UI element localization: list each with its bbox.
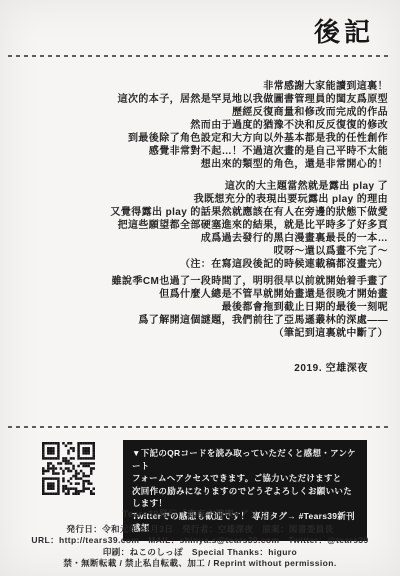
text-line: 最後都會拖到截止日期的最後一刻呢 xyxy=(12,301,388,314)
text-line: 成爲過去發行的黑白漫畫裏最長的一本… xyxy=(12,232,388,245)
text-line: 非常感謝大家能讀到這裏！ xyxy=(12,80,388,93)
text-line: 歷經反復商量和修改而完成的作品 xyxy=(12,106,388,119)
text-line: 又覺得露出 play 的話果然就應該在有人在旁邊的狀態下做愛 xyxy=(12,206,388,219)
text-line: 想出來的類型的角色，還是非常開心的！ xyxy=(12,158,388,171)
afterword-body: 非常感謝大家能讀到這裏！ 這次的本子，居然是罕見地以我做圖書管理員的閨友爲原型 … xyxy=(12,80,388,375)
text-line: 感覺非常對不起…！不過這次畫的是自己平時不太能 xyxy=(12,145,388,158)
text-line: 我既想充分的表現出要玩露出 play 的理由 xyxy=(12,193,388,206)
page-title: 後記 xyxy=(314,12,374,49)
notice-line: フォームへアクセスできます。ご協力いただけますと xyxy=(132,472,358,485)
top-divider xyxy=(8,55,392,57)
text-line: 這次的大主題當然就是露出 play 了 xyxy=(12,180,388,193)
afterword-page: 後記 非常感謝大家能讀到這裏！ 這次的本子，居然是罕見地以我做圖書管理員的閨友爲… xyxy=(0,0,400,576)
text-line: （筆記到這裏就中斷了） xyxy=(12,327,388,340)
text-line: 爲了解開這個謎題，我們前往了亞馬遜叢林的深處—— xyxy=(12,314,388,327)
date-signature: 2019. 空雄深夜 xyxy=(12,362,388,375)
notice-line: ▼下記のQRコードを読み取っていただくと感想・アンケート xyxy=(132,447,358,472)
qr-code-icon xyxy=(42,442,95,495)
colophon-printer-line: 印刷：ねこのしっぽ Special Thanks：higuro xyxy=(0,547,400,559)
colophon-publication-line: Tears39発行「真夜中満喫♥アソビ」 xyxy=(0,509,400,521)
text-line: 雖說季CM也過了一段時間了，明明很早以前就開始着手畫了 xyxy=(12,275,388,288)
text-line: 然而由于過度的猶豫不決和反反復復的修改 xyxy=(12,119,388,132)
colophon-contact-line: URL：http://tears39.com MAIL：shinya.s@tea… xyxy=(0,535,400,547)
colophon-copyright-line: 禁・無断転載 / 禁止私自転載、加工 / Reprint without per… xyxy=(0,558,400,570)
afterword-paragraph-1: 非常感謝大家能讀到這裏！ 這次的本子，居然是罕見地以我做圖書管理員的閨友爲原型 … xyxy=(12,80,388,171)
text-line: （注：在寫這段後記的時候連載稿都沒畫完） xyxy=(12,258,388,271)
colophon: Tears39発行「真夜中満喫♥アソビ」 発行日：令和元年 11月3日 発行者：… xyxy=(0,509,400,570)
afterword-paragraph-2: 這次的大主題當然就是露出 play 了 我既想充分的表現出要玩露出 play 的… xyxy=(12,180,388,271)
bottom-divider xyxy=(8,426,392,428)
notice-line: 次回作の励みになりますのでどうぞよろしくお願いいたします！ xyxy=(132,485,358,510)
text-line: 把這些願望都全部硬塞進來的結果，就是比平時多了好多頁 xyxy=(12,219,388,232)
afterword-paragraph-3: 雖說季CM也過了一段時間了，明明很早以前就開始着手畫了 但爲什麼人總是不管早就開… xyxy=(12,275,388,340)
text-line: 哎呀～還以爲畫不完了～ xyxy=(12,245,388,258)
text-line: 到最後除了角色設定和大方向以外基本都是我的任性創作 xyxy=(12,132,388,145)
colophon-date-publisher-line: 発行日：令和元年 11月3日 発行者：空雄深夜 原案：図書委員長 xyxy=(0,524,400,536)
text-line: 這次的本子，居然是罕見地以我做圖書管理員的閨友爲原型 xyxy=(12,93,388,106)
text-line: 但爲什麼人總是不管早就開始畫還是很晚才開始畫 xyxy=(12,288,388,301)
